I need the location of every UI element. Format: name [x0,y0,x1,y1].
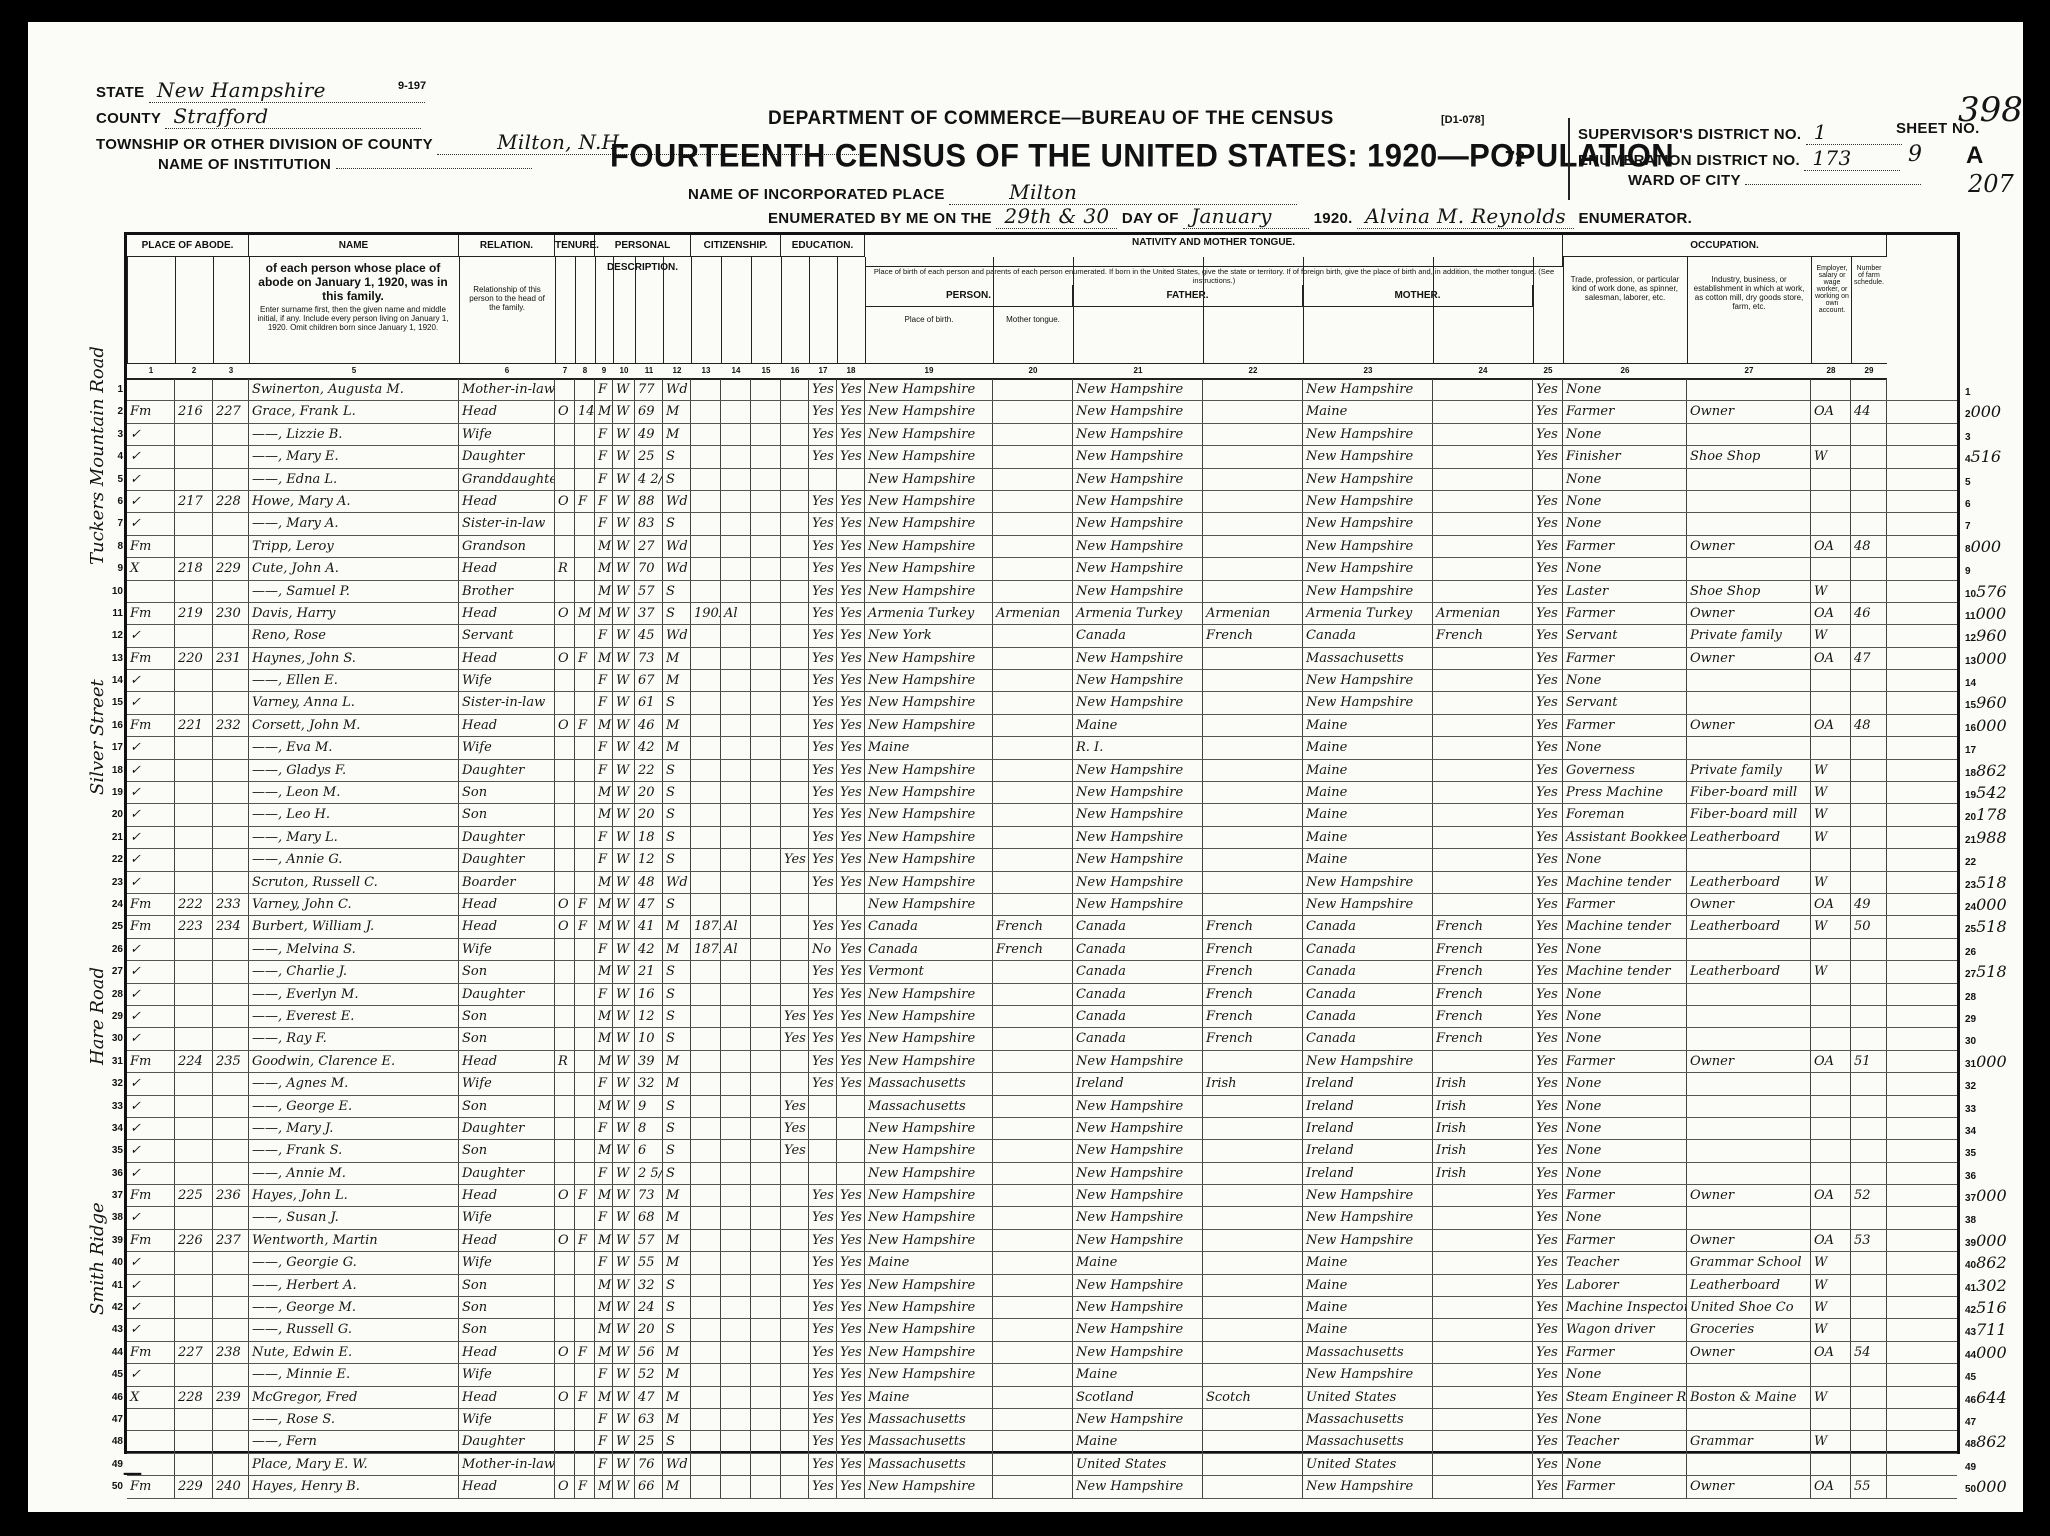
cell-mbirth: Maine [1303,401,1433,422]
table-row: 49Place, Mary E. W.Mother-in-lawFW76WdYe… [127,1454,1957,1476]
cell-age: 42 [635,939,663,960]
cell-mtongue [1433,401,1533,422]
cell-farm [1851,961,1887,982]
cell-class [1811,1006,1851,1027]
state-field: STATE New Hampshire [96,78,425,103]
cell-immig [691,1297,721,1318]
cell-mortgage [575,961,595,982]
cell-house [175,782,213,803]
cell-mortgage: F [575,491,595,512]
right-line-number: 49 [1965,1454,2050,1478]
cell-marital: S [663,1319,691,1340]
enumerator-label: ENUMERATOR. [1578,210,1692,227]
cell-write: Yes [837,1342,865,1363]
cell-read: Yes [809,491,837,512]
cell-house [175,1252,213,1273]
cell-birth: Massachusetts [865,1073,993,1094]
cell-natyr [751,1185,781,1206]
line-number: 25 [105,916,123,937]
right-line-number: 17 [1965,737,2050,761]
cell-read: Yes [809,1297,837,1318]
cell-owned [555,581,575,602]
cell-owned [555,961,575,982]
cell-ftongue: French [1203,625,1303,646]
cell-write: Yes [837,760,865,781]
cell-immig [691,1387,721,1408]
cell-birth: Maine [865,1387,993,1408]
cell-nat [721,961,751,982]
cell-ftongue [1203,581,1303,602]
cell-farm [1851,1319,1887,1340]
cell-industry [1687,1096,1811,1117]
column-number: 15 [751,363,781,380]
cell-ftongue [1203,1230,1303,1251]
enumerated-year: 1920. [1314,210,1353,227]
right-line-number: 15960 [1965,692,2050,716]
cell-race: W [613,1476,635,1497]
cell-class: W [1811,827,1851,848]
cell-age: 45 [635,625,663,646]
cell-trade: None [1563,939,1687,960]
cell-dwelling: ✓ [127,625,175,646]
cell-marital: M [663,939,691,960]
cell-ftongue: French [1203,984,1303,1005]
cell-age: 63 [635,1409,663,1430]
cell-natyr [751,1051,781,1072]
cell-trade: Assistant Bookkeeper [1563,827,1687,848]
cell-owned [555,1364,575,1385]
cell-dwelling: ✓ [127,1006,175,1027]
cell-mortgage [575,872,595,893]
cell-read [809,1140,837,1161]
cell-mortgage [575,1028,595,1049]
cell-relation: Granddaughter [459,469,555,490]
cell-nat [721,1319,751,1340]
right-line-label: 38 [1965,1215,1976,1226]
right-line-number: 19542 [1965,782,2050,806]
cell-immig [691,737,721,758]
column-number: 7 [555,363,575,380]
cell-name: Varney, John C. [249,894,459,915]
cell-house [175,424,213,445]
line-number: 44 [105,1342,123,1363]
cell-owned [555,1006,575,1027]
cell-english: Yes [1533,849,1563,870]
cell-ftongue [1203,692,1303,713]
cell-race: W [613,446,635,467]
cell-natyr [751,984,781,1005]
cell-dwelling [127,1431,175,1452]
cell-mtongue [1433,1387,1533,1408]
cell-family [213,984,249,1005]
cell-dwelling: ✓ [127,469,175,490]
cell-tongue [993,737,1073,758]
cell-immig [691,782,721,803]
cell-immig [691,1051,721,1072]
cell-class: OA [1811,603,1851,624]
cell-write: Yes [837,1297,865,1318]
cell-nat [721,1140,751,1161]
cell-age: 32 [635,1275,663,1296]
table-row: 14✓——, Ellen E.WifeFW67MYesYesNew Hampsh… [127,670,1957,692]
cell-read: Yes [809,760,837,781]
cell-mbirth: Massachusetts [1303,648,1433,669]
column-divider [595,257,596,363]
cell-family: 228 [213,491,249,512]
cell-mbirth: Maine [1303,804,1433,825]
cell-natyr [751,760,781,781]
table-row: 6✓217228Howe, Mary A.HeadOFFW88WdYesYesN… [127,491,1957,513]
cell-family [213,1096,249,1117]
cell-tongue [993,1364,1073,1385]
cell-tongue [993,558,1073,579]
right-line-number: 39000 [1965,1230,2050,1254]
cell-ftongue [1203,1364,1303,1385]
cell-school: Yes [781,849,809,870]
cell-marital: M [663,737,691,758]
cell-relation: Wife [459,939,555,960]
cell-industry [1687,1409,1811,1430]
cell-tongue [993,894,1073,915]
supervisor-field: SUPERVISOR'S DISTRICT NO. 1 [1578,120,1902,145]
cell-relation: Head [459,715,555,736]
cell-industry: Owner [1687,715,1811,736]
column-divider [691,257,692,363]
enumerated-label: ENUMERATED BY ME ON THE [768,210,992,227]
cell-industry [1687,1163,1811,1184]
cell-house [175,513,213,534]
cell-mortgage [575,692,595,713]
cell-english: Yes [1533,1476,1563,1497]
right-line-label: 5 [1965,477,1971,488]
cell-trade: None [1563,670,1687,691]
cell-english: Yes [1533,872,1563,893]
table-row: 3✓——, Lizzie B.WifeFW49MYesYesNew Hampsh… [127,424,1957,446]
cell-mtongue [1433,804,1533,825]
ed-value: 173 [1804,146,1900,171]
table-row: 27✓——, Charlie J.SonMW21SYesYesVermontCa… [127,961,1957,983]
cell-write: Yes [837,1476,865,1497]
cell-age: 47 [635,1387,663,1408]
cell-marital: M [663,1364,691,1385]
cell-trade: Press Machine [1563,782,1687,803]
cell-relation: Wife [459,737,555,758]
cell-name: ——, Georgie G. [249,1252,459,1273]
cell-read: Yes [809,827,837,848]
cell-school [781,1319,809,1340]
cell-mbirth: New Hampshire [1303,558,1433,579]
cell-relation: Servant [459,625,555,646]
cell-school [781,782,809,803]
cell-marital: S [663,692,691,713]
cell-mbirth: Maine [1303,1252,1433,1273]
table-row: 46X228239McGregor, FredHeadOFMW47MYesYes… [127,1387,1957,1409]
cell-immig [691,401,721,422]
cell-mortgage: F [575,1185,595,1206]
cell-fbirth: New Hampshire [1073,782,1203,803]
incorporated-label: NAME OF INCORPORATED PLACE [688,186,945,203]
cell-sex: F [595,491,613,512]
cell-mtongue [1433,469,1533,490]
cell-birth: Armenia Turkey [865,603,993,624]
cell-class: W [1811,872,1851,893]
cell-name: ——, Annie G. [249,849,459,870]
cell-house [175,984,213,1005]
cell-mtongue: Irish [1433,1140,1533,1161]
cell-owned [555,760,575,781]
cell-tongue [993,1140,1073,1161]
cell-mtongue [1433,1275,1533,1296]
cell-industry [1687,379,1811,400]
cell-fbirth: New Hampshire [1073,1207,1203,1228]
cell-nat [721,1454,751,1475]
cell-fbirth: Canada [1073,984,1203,1005]
cell-relation: Head [459,894,555,915]
cell-owned [555,1297,575,1318]
cell-read: Yes [809,984,837,1005]
cell-house [175,1319,213,1340]
cell-sex: F [595,1409,613,1430]
cell-house [175,625,213,646]
table-row: 47——, Rose S.WifeFW63MYesYesMassachusett… [127,1409,1957,1431]
cell-mbirth: New Hampshire [1303,491,1433,512]
cell-marital: S [663,513,691,534]
cell-house [175,1364,213,1385]
cell-read: Yes [809,401,837,422]
day-of-label: DAY OF [1122,210,1179,227]
cell-nat [721,760,751,781]
cell-industry [1687,1454,1811,1475]
cell-relation: Wife [459,1364,555,1385]
cell-house [175,961,213,982]
cell-fbirth: Maine [1073,715,1203,736]
cell-write: Yes [837,782,865,803]
cell-class: OA [1811,1185,1851,1206]
cell-mortgage [575,804,595,825]
column-divider [993,257,994,363]
cell-family: 240 [213,1476,249,1497]
cell-marital: Wd [663,1454,691,1475]
cell-nat [721,1185,751,1206]
street-label: Tuckers Mountain Road [87,346,108,565]
cell-name: ——, Rose S. [249,1409,459,1430]
cell-house [175,1163,213,1184]
cell-fbirth: New Hampshire [1073,849,1203,870]
cell-read: Yes [809,558,837,579]
cell-dwelling: ✓ [127,1028,175,1049]
cell-owned [555,1275,575,1296]
cell-relation: Wife [459,1409,555,1430]
cell-ftongue: Armenian [1203,603,1303,624]
cell-family: 230 [213,603,249,624]
cell-immig [691,1185,721,1206]
cell-race: W [613,1409,635,1430]
header-name-desc: of each person whose place of abode on J… [253,261,453,303]
cell-sex: F [595,446,613,467]
cell-farm: 50 [1851,916,1887,937]
cell-fbirth: New Hampshire [1073,558,1203,579]
cell-class: W [1811,625,1851,646]
cell-mtongue [1433,827,1533,848]
cell-owned [555,737,575,758]
cell-sex: M [595,648,613,669]
cell-tongue [993,984,1073,1005]
cell-dwelling: ✓ [127,782,175,803]
cell-mortgage [575,424,595,445]
cell-relation: Head [459,648,555,669]
cell-mortgage [575,737,595,758]
cell-natyr [751,1230,781,1251]
cell-natyr [751,939,781,960]
state-value: New Hampshire [149,78,425,103]
occupation-code: 000 [1971,402,2002,421]
right-line-label: 29 [1965,1014,1976,1025]
cell-relation: Daughter [459,984,555,1005]
cell-birth: New Hampshire [865,648,993,669]
cell-fbirth: Canada [1073,916,1203,937]
cell-fbirth: Armenia Turkey [1073,603,1203,624]
cell-mtongue [1433,1207,1533,1228]
cell-tongue [993,536,1073,557]
column-divider [751,257,752,363]
cell-read: Yes [809,849,837,870]
cell-birth: New Hampshire [865,782,993,803]
cell-owned [555,692,575,713]
right-line-label: 36 [1965,1171,1976,1182]
cell-immig [691,379,721,400]
cell-name: ——, Herbert A. [249,1275,459,1296]
cell-industry [1687,1140,1811,1161]
column-number: 12 [663,363,691,380]
cell-school: Yes [781,1140,809,1161]
right-line-number: 22 [1965,849,2050,873]
cell-race: W [613,916,635,937]
cell-natyr [751,1319,781,1340]
cell-marital: M [663,1207,691,1228]
table-row: 16Fm221232Corsett, John M.HeadOFMW46MYes… [127,715,1957,737]
cell-read: Yes [809,581,837,602]
cell-mtongue [1433,1454,1533,1475]
cell-race: W [613,1185,635,1206]
column-number: 28 [1811,363,1851,380]
cell-tongue [993,1319,1073,1340]
cell-nat [721,1275,751,1296]
supervisor-value: 1 [1806,120,1902,145]
cell-birth: New Hampshire [865,1342,993,1363]
cell-tongue [993,401,1073,422]
cell-class: W [1811,581,1851,602]
cell-sex: M [595,1342,613,1363]
cell-ftongue [1203,1454,1303,1475]
cell-mbirth: United States [1303,1454,1433,1475]
cell-english: Yes [1533,804,1563,825]
cell-name: ——, Samuel P. [249,581,459,602]
cell-ftongue [1203,782,1303,803]
right-line-number: 12960 [1965,625,2050,649]
cell-natyr [751,1275,781,1296]
cell-trade: None [1563,469,1687,490]
cell-mortgage [575,782,595,803]
cell-school [781,446,809,467]
cell-natyr [751,401,781,422]
column-group-occupation: OCCUPATION. [1563,235,1887,257]
right-line-number: 20178 [1965,804,2050,828]
cell-fbirth: New Hampshire [1073,401,1203,422]
cell-age: 69 [635,401,663,422]
cell-industry [1687,558,1811,579]
column-number: 21 [1073,363,1203,380]
table-row: 38✓——, Susan J.WifeFW68MYesYesNew Hampsh… [127,1207,1957,1229]
right-line-label: 19 [1965,790,1976,801]
column-number: 22 [1203,363,1303,380]
cell-mbirth: New Hampshire [1303,1364,1433,1385]
cell-house [175,1140,213,1161]
header-farm-schedule: Number of farm schedule. [1853,265,1885,286]
cell-industry: Owner [1687,1185,1811,1206]
cell-industry: Owner [1687,894,1811,915]
cell-immig [691,1476,721,1497]
cell-farm [1851,737,1887,758]
cell-nat [721,1387,751,1408]
cell-name: Davis, Harry [249,603,459,624]
cell-natyr [751,446,781,467]
column-group-person: PERSON. [865,285,1073,307]
cell-dwelling: ✓ [127,1364,175,1385]
incorporated-field: NAME OF INCORPORATED PLACE Milton [688,180,1297,205]
cell-nat [721,1163,751,1184]
cell-school [781,670,809,691]
cell-write: Yes [837,827,865,848]
column-number: 13 [691,363,721,380]
cell-sex: F [595,1118,613,1139]
cell-read: Yes [809,916,837,937]
right-line-number: 50000 [1965,1476,2050,1500]
cell-owned: O [555,1476,575,1497]
cell-house [175,469,213,490]
cell-read: Yes [809,1476,837,1497]
cell-age: 77 [635,379,663,400]
cell-class [1811,670,1851,691]
cell-birth: New Hampshire [865,424,993,445]
cell-family [213,804,249,825]
cell-write: Yes [837,715,865,736]
occupation-code: 178 [1976,805,2007,824]
cell-trade: Farmer [1563,1342,1687,1363]
cell-english: Yes [1533,692,1563,713]
cell-farm [1851,939,1887,960]
cell-fbirth: New Hampshire [1073,1185,1203,1206]
cell-dwelling: ✓ [127,1073,175,1094]
sheet-side: A [1966,142,1983,170]
cell-mtongue [1433,1364,1533,1385]
cell-write: Yes [837,1431,865,1452]
table-row: 26✓——, Melvina S.WifeFW42M1872AlNoYesCan… [127,939,1957,961]
cell-age: 61 [635,692,663,713]
cell-class: W [1811,916,1851,937]
cell-family [213,692,249,713]
cell-write: Yes [837,961,865,982]
cell-tongue [993,1207,1073,1228]
cell-write [837,1096,865,1117]
cell-class [1811,1118,1851,1139]
cell-family [213,939,249,960]
cell-mbirth: Maine [1303,715,1433,736]
cell-name: ——, Minnie E. [249,1364,459,1385]
cell-dwelling: ✓ [127,1140,175,1161]
cell-class: W [1811,782,1851,803]
cell-fbirth: New Hampshire [1073,804,1203,825]
cell-immig [691,961,721,982]
